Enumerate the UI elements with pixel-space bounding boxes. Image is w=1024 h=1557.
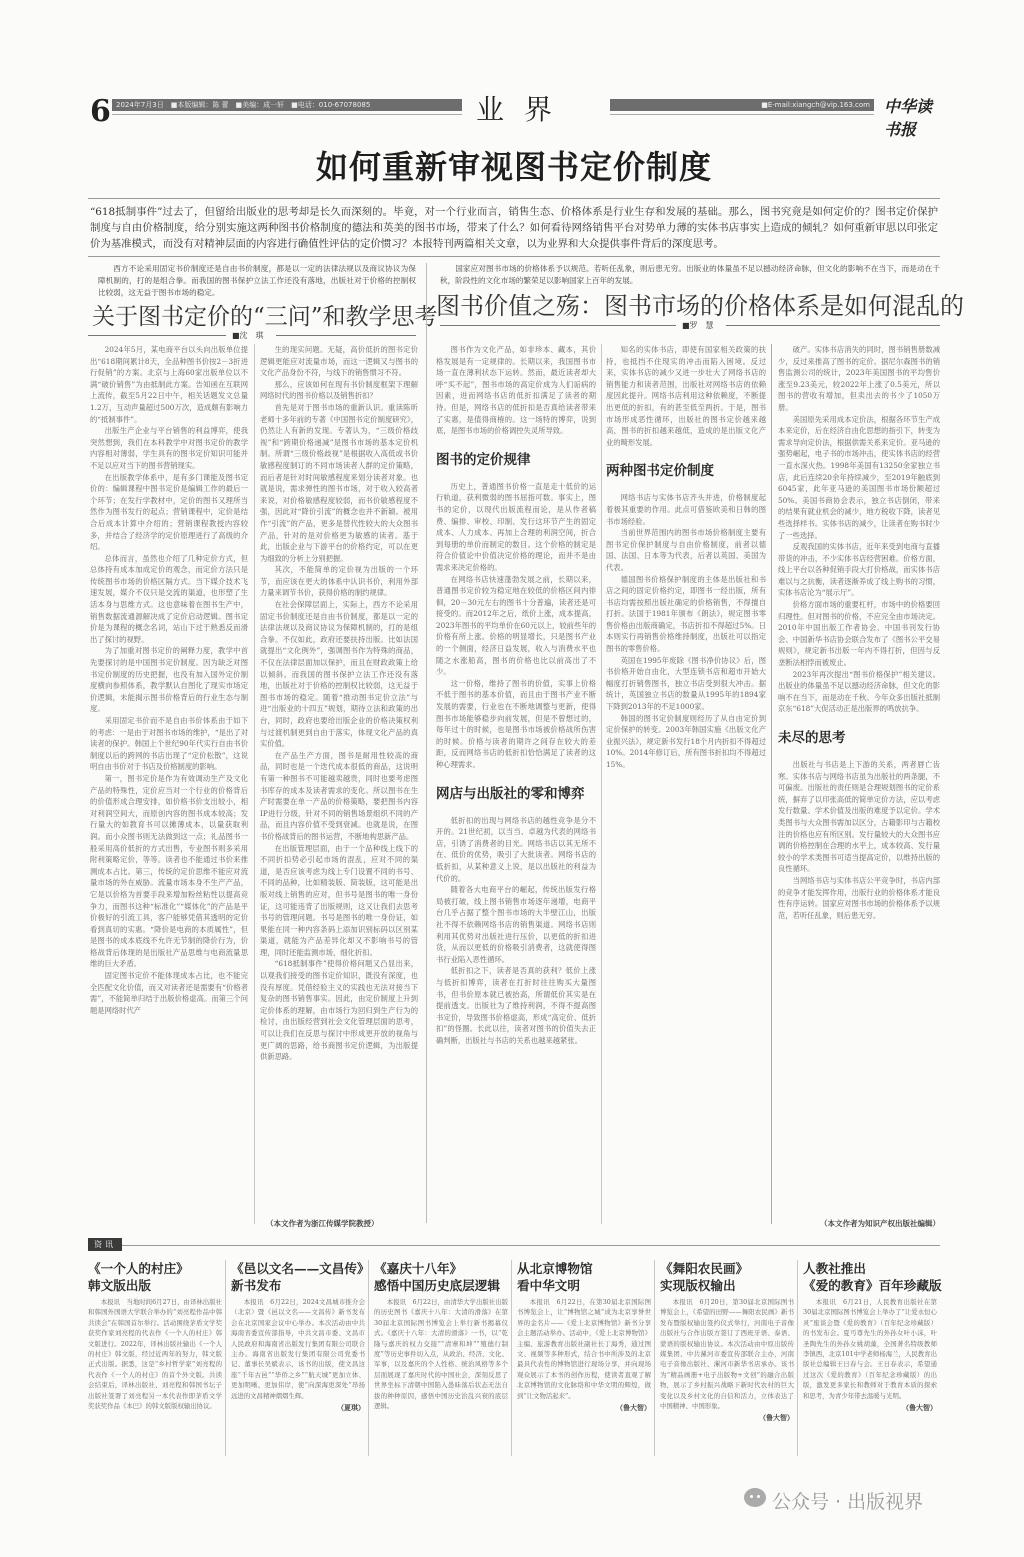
news-signature: （鲁大智）	[517, 1403, 651, 1413]
paragraph: 反观我国的实体书店，近年来受到电商与直播带货的冲击，不少实体书店经营困难。价格方…	[778, 541, 940, 599]
paragraph: 韩国的图书定价制度则经历了从自由定价到定价保护的转变。2003年韩国实施《出版文…	[606, 713, 766, 771]
paragraph: 第一，图书定价是作为有效调动生产及文化产品的特殊性，定价应当对一个行业的价格背后…	[90, 773, 248, 970]
article1-deck: 西方不论采用固定书价制度还是自由书价制度，都是以一定的法律法规以及商议协议为保障…	[98, 263, 416, 299]
news-body: 本报讯 6月22日，2024文昌城市推介会（北京）暨《邑以文名——文昌传》新书发…	[231, 1297, 365, 1401]
article1-author-note: （本文作者为浙江传媒学院教授）	[266, 1218, 379, 1229]
paragraph: 破产。实体书店消失的同时，图书销售册数减少，反过来推高了图书的定价。据尼尔森图书…	[778, 344, 940, 414]
news-title-line-2: 实现版权输出	[660, 1277, 794, 1294]
news-item: 《一个人的村庄》韩文版出版本报讯 当地时间6月27日，由译林出版社和韩国外国语大…	[88, 1260, 222, 1413]
news-body: 本报讯 6月21日，人民教育出版社在第30届北京国际图书博览会上举办了“让爱永恒…	[803, 1297, 937, 1401]
page-title: 如何重新审视图书定价制度	[88, 142, 940, 188]
paragraph: 德国图书价格保护制度的主体是出版社和书店之间的固定价格约定，即图书一经出版，所有…	[606, 574, 766, 655]
subheading: 网店与出版社的零和博弈	[436, 785, 596, 803]
paragraph: 随着各大电商平台的崛起，传统出版发行格局被打破，线上图书销售市场逐年递增，电商平…	[436, 884, 596, 965]
news-title-line-2: 看中华文明	[517, 1277, 651, 1294]
paragraph: “618抵制事件”使得价格问题又凸显出来，以观我们接受的图书定价知识，既没有深度…	[260, 958, 418, 1062]
article2-title: 图书价值之殇：图书市场的价格体系是如何混乱的	[436, 286, 964, 321]
subheading: 图书的定价规律	[436, 451, 596, 469]
paragraph: 固定图书定价不能体现成本占比，也不能完全匹配文化价值，而又对读者还是需要有“价格…	[90, 970, 248, 1016]
news-title-line-1: 《邑以文名——文昌传》	[231, 1260, 365, 1277]
column-divider	[654, 1260, 655, 1456]
news-tag: 资讯	[88, 1238, 122, 1251]
paragraph: 2023年再次提出“图书价格保护”相关建议。出版业的体量虽不足以撼动经济命脉，但…	[778, 669, 940, 715]
news-item: 从北京博物馆看中华文明本报讯 6月22日，在第30届北京国际图书博览会上，让“博…	[517, 1260, 651, 1413]
news-signature: （鲁大智）	[660, 1413, 794, 1423]
news-item: 《嘉庆十八年》感悟中国历史底层逻辑本报讯 6月22日，由清华大学出版社出版的历史…	[374, 1260, 508, 1413]
paragraph: 在社会保障层面上，实际上，西方不论采用固定书价制度还是自由书价制度，都是以一定的…	[260, 599, 418, 750]
news-body: 本报讯 6月20日，第30届北京国际图书博览会上，《希望的田野——舞阳农民画》新…	[660, 1297, 794, 1411]
article1-column-1: 2024年5月，某电商平台以头向出版单位提出“618期间累计8天，全品种图书价按…	[90, 344, 248, 1234]
news-item: 《舞阳农民画》实现版权输出本报讯 6月20日，第30届北京国际图书博览会上，《希…	[660, 1260, 794, 1423]
subheading: 未尽的思考	[778, 729, 940, 747]
paragraph: 采用固定书价而不是自由书价体系由于如下的考虑：一是由于对图书市场的维护，“是出了…	[90, 715, 248, 773]
header-email-bar: ■E-mail:xiangch@vip.163.com	[610, 99, 874, 111]
news-signature: （鲁大智）	[803, 1403, 937, 1413]
news-title-line-1: 《嘉庆十八年》	[374, 1260, 508, 1277]
paragraph: 低折扣之下，读者是否真的获利？低价上涨与低折扣博弈，读者在打折时往往购买大量图书…	[436, 965, 596, 1046]
paragraph: 首先是对于图书市场的重新认识。重读陈昕老师十多年前的专著《中国图书定价制度研究》…	[260, 402, 418, 564]
paragraph: 在出版教学体系中，是有多门课能及图书定价的：编辑课程中图书定价是编辑工作的最后一…	[90, 472, 248, 553]
paragraph: 总体而言，虽然也介绍了几种定价方式，但总体持有成本加成定价的观念，而定价方法只是…	[90, 553, 248, 646]
news-title-line-1: 《一个人的村庄》	[88, 1260, 222, 1277]
watermark: 公众号 · 出版视界	[772, 1487, 923, 1514]
paragraph: 英国在1995年废除《图书净价协议》后，图书价格开始自由化，大型连锁书店和超市开…	[606, 655, 766, 713]
news-title-line-2: 感悟中国历史底层逻辑	[374, 1277, 508, 1294]
article2-column-2: 知名的实体书店，即使有国家相关政策的扶持，也抵挡不住现实的冲击而陷入困境。反过来…	[606, 344, 766, 1234]
divider	[88, 198, 940, 199]
news-section-header: 资讯	[88, 1238, 940, 1252]
paragraph: 知名的实体书店，即使有国家相关政策的扶持，也抵挡不住现实的冲击而陷入困境。反过来…	[606, 344, 766, 448]
divider	[276, 335, 416, 336]
paragraph: 低折扣的出现与网络书店的越性竞争是分不开的。21世纪初，以当当、卓越为代表的网络…	[436, 815, 596, 885]
author-name: ■沈 琪	[232, 330, 264, 341]
article1-column-2: 生的现实问题。无疑，高价低折的图书定价逻辑更能应对流量市场，而这一逻辑又与图书的…	[260, 344, 418, 1204]
page-number: 6	[90, 94, 111, 129]
divider	[440, 325, 676, 326]
header-rule	[112, 114, 462, 115]
paragraph: 在网络书店快速蓬勃发展之前，长期以来，普通图书定价较为稳定地在较低的价格区间内徘…	[436, 574, 596, 678]
newspaper-logo: 中华读书报	[884, 94, 940, 140]
article1-byline: ■沈 琪	[88, 330, 416, 340]
news-body: 本报讯 6月22日，由清华大学出版社出版的历史图书《嘉庆十八年：大清的滑落》在第…	[374, 1297, 508, 1411]
divider	[726, 325, 940, 326]
paragraph: 2024年5月，某电商平台以头向出版单位提出“618期间累计8天，全品种图书价按…	[90, 344, 248, 425]
paragraph: 价格方面市场的重要杠杆，市场中的价格要回归理性。但对图书的价格，不应完全由市场决…	[778, 599, 940, 669]
news-item: 《邑以文名——文昌传》新书发布本报讯 6月22日，2024文昌城市推介会（北京）…	[231, 1260, 365, 1413]
header-info-bar: 2024年7月3日 ■本版编辑：陈 蕾 ■美编：成一轩 ■电话：010-6707…	[112, 99, 462, 111]
paragraph: 这一价格，维持了图书的价值，实事上价格不低于图书的基本价值，而且由于图书产业不断…	[436, 678, 596, 771]
paragraph: 生的现实问题。无疑，高价低折的图书定价逻辑更能应对流量市场，而这一逻辑又与图书的…	[260, 344, 418, 379]
page-header: 6 2024年7月3日 ■本版编辑：陈 蕾 ■美编：成一轩 ■电话：010-67…	[88, 94, 940, 128]
article2-deck: 国家应对图书市场的价格体系予以规范。若听任乱象，则后患无穷。出版业的体量虽不足以…	[440, 263, 940, 287]
divider	[88, 256, 940, 257]
news-body: 本报讯 当地时间6月27日，由译林出版社和韩国外国语大学联合举办的“刘亮程作品中…	[88, 1297, 222, 1411]
news-title-line-1: 从北京博物馆	[517, 1260, 651, 1277]
paragraph: 那么，应该如何在现有书价制度框架下理解网络时代的图书价格以及销售折扣？	[260, 379, 418, 402]
column-divider	[601, 344, 602, 1224]
paragraph: 在产品生产方面，图书是耐用性较高的商品，同时也是一个迭代成本很低的商品，这说明有…	[260, 750, 418, 843]
column-divider	[225, 1260, 226, 1456]
article2-byline: ■罗 慧	[440, 320, 940, 330]
column-divider	[797, 1260, 798, 1456]
news-title-line-2: 新书发布	[231, 1277, 365, 1294]
column-divider	[426, 263, 427, 1223]
paragraph: 网络书店与实体书店齐头并进，价格制度起着极其重要的作用。此点可借鉴欧美和日韩的图…	[606, 492, 766, 527]
news-title-line-1: 人教社推出	[803, 1260, 937, 1277]
news-title-line-1: 《舞阳农民画》	[660, 1260, 794, 1277]
paragraph: 其次，不能简单的定价视为出版的一个环节，而应该在更大的体系中认识书价，利用外部力…	[260, 564, 418, 599]
column-divider	[511, 1260, 512, 1456]
article2-column-1: 图书作为文化产品，如非珍本、藏本，其价格发展是有一定规律的。长期以来，我国图书市…	[436, 344, 596, 1234]
column-divider	[368, 1260, 369, 1456]
news-signature: （夏琪）	[231, 1403, 365, 1413]
article1-title: 关于图书定价的“三问”和教学思考	[92, 298, 438, 331]
paragraph: 当前世界范围内的图书市场价格制度主要有图书定价保护制度与自由价格制度，前者以德国…	[606, 527, 766, 573]
news-body: 本报讯 6月22日，在第30届北京国际图书博览会上，让“博物馆之城”成为北京享誉…	[517, 1297, 651, 1401]
column-divider	[771, 344, 772, 1224]
author-name: ■罗 慧	[682, 320, 714, 331]
article2-column-3: 破产。实体书店消失的同时，图书销售册数减少，反过来推高了图书的定价。据尼尔森图书…	[778, 344, 940, 1204]
paragraph: 图书作为文化产品，如非珍本、藏本，其价格发展是有一定规律的。长期以来，我国图书市…	[436, 344, 596, 437]
paragraph: 在出版管理层面，由于一个品种线上线下的不同折扣势必引起市场的混乱，应对不同的渠道…	[260, 843, 418, 959]
subheading: 两种图书定价制度	[606, 462, 766, 480]
wechat-icon	[744, 1488, 766, 1507]
news-title-line-2: 《爱的教育》百年珍藏版	[803, 1277, 937, 1294]
divider	[88, 335, 226, 336]
paragraph: 出版社与书店是上下游的关系，两者唇亡齿寒。实体书店与网络书店虽为出版社的两条腿，…	[778, 759, 940, 875]
article2-author-note: （本文作者为知识产权出版社编辑）	[820, 1218, 940, 1229]
divider	[122, 1245, 940, 1246]
paragraph: 为了加重对图书定价的阐释力度，教学中首先要探讨的是中国图书定价制度。因为缺乏对图…	[90, 645, 248, 715]
lead-paragraph: “618抵制事件”过去了，但留给出版业的思考却是长久而深刻的。毕竟，对一个行业而…	[90, 204, 938, 252]
header-rule	[610, 114, 874, 115]
paragraph: 美国原先采用成本定价法，根据各环节生产成本来定价，后在经济自由化思想的指引下，转…	[778, 414, 940, 542]
paragraph: 出版生产企业与平台销售的利益博弈，使我突然想到，我们在本科教学中对图书定价的教学…	[90, 425, 248, 471]
column-divider	[254, 344, 255, 1224]
news-item: 人教社推出《爱的教育》百年珍藏版本报讯 6月21日，人民教育出版社在第30届北京…	[803, 1260, 937, 1413]
news-title-line-2: 韩文版出版	[88, 1277, 222, 1294]
paragraph: 历史上，普通图书价格一直是走十低价的运行轨道，获利微弱的图书屈指可数。事实上，图…	[436, 481, 596, 574]
paragraph: 当网络书店与实体书店公平竞争时，书店内部的竞争才能发挥作用，出版行业的价格体系才…	[778, 875, 940, 921]
section-title: 业界	[476, 88, 572, 128]
